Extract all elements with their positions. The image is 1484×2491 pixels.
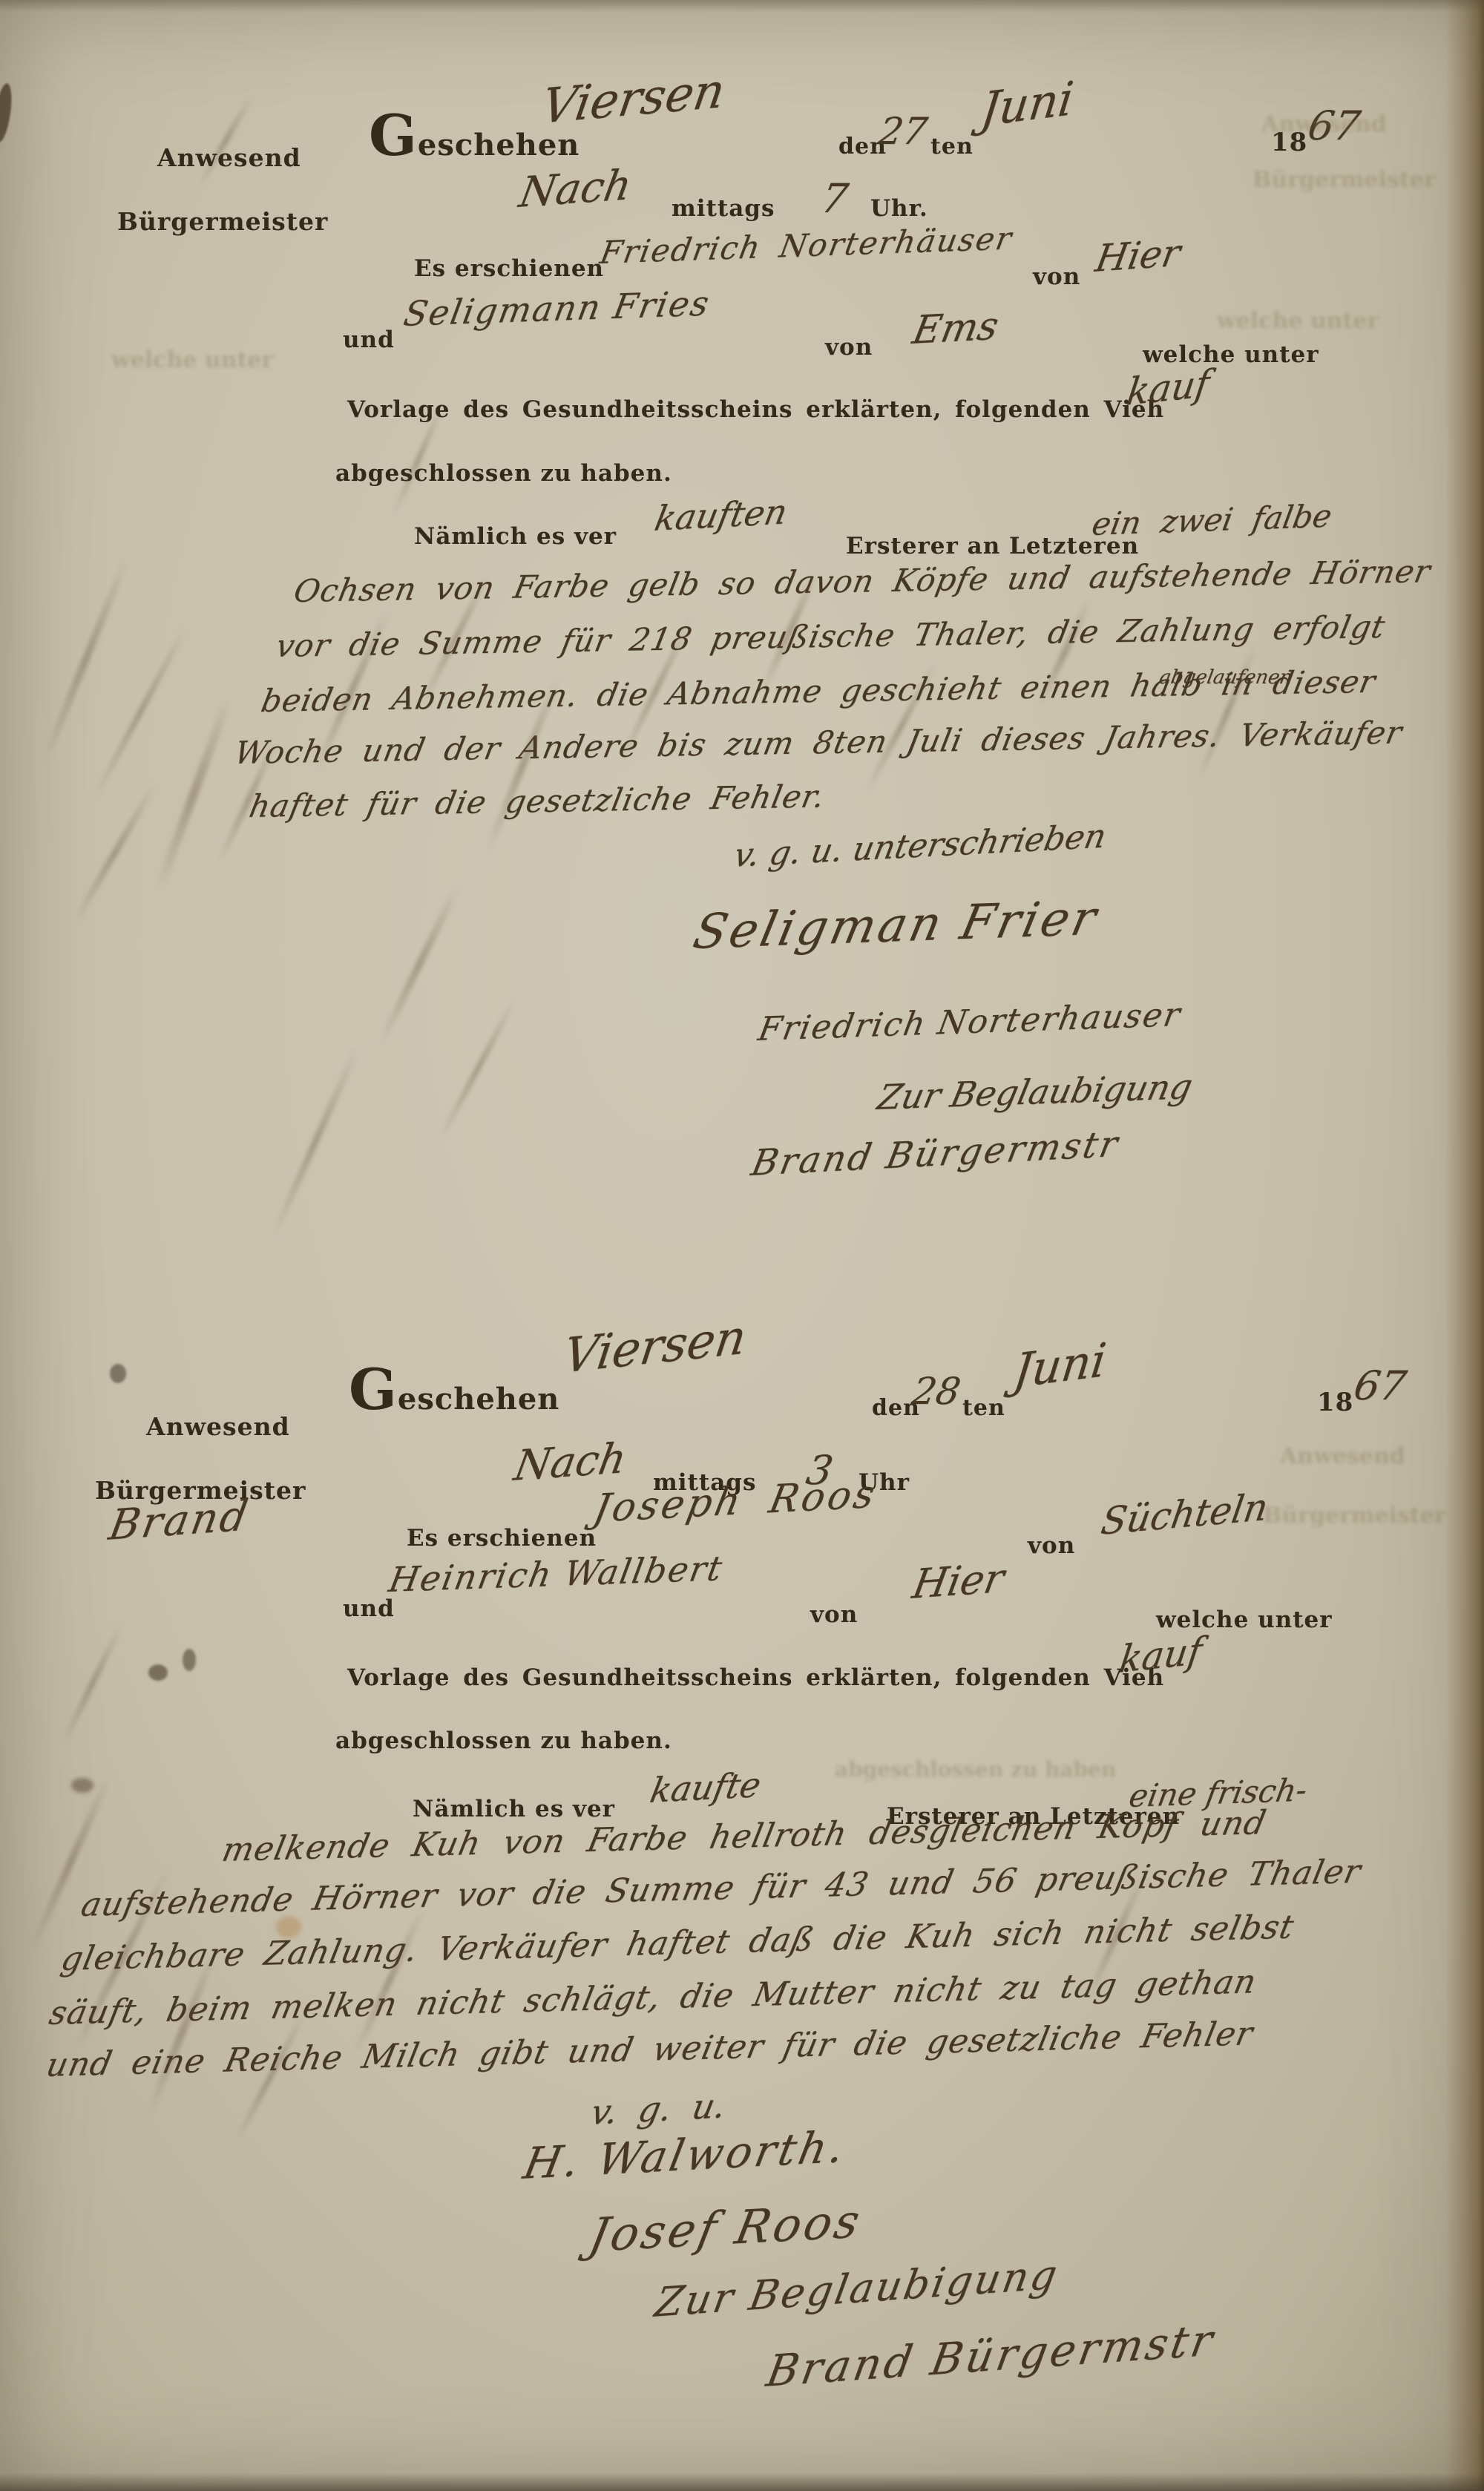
hw-party1-name-1: Friedrich Norterhäuser <box>597 220 1016 271</box>
ink-smudge <box>352 1906 427 2056</box>
hw-month-2: Juni <box>1011 1332 1109 1399</box>
ink-blot <box>110 1364 126 1383</box>
ink-blot <box>148 1664 168 1681</box>
hw-kauf-2: kauf <box>1117 1629 1205 1681</box>
bleed-through-text: welche unter <box>111 347 273 373</box>
printed-ten-2: ten <box>962 1395 1005 1421</box>
bleed-through-text: abgeschlossen zu haben <box>835 1757 1116 1782</box>
printed-abgeschlossen-1: abgeschlossen zu haben. <box>335 460 672 487</box>
hw-signature-buyer-2: H. Walworth. <box>519 2121 851 2189</box>
hw-party1-place-2: Süchteln <box>1098 1485 1271 1543</box>
ink-smudge <box>197 94 255 187</box>
printed-welche-unter-2: welche unter <box>1156 1606 1333 1633</box>
hw-mayor-signature-1: Brand Bürgermstr <box>748 1123 1123 1184</box>
hw-beglaubigung-1: Zur Beglaubigung <box>874 1066 1196 1117</box>
ink-smudge <box>28 1773 114 1952</box>
printed-es-erschienen-2: Es erschienen <box>407 1525 597 1552</box>
hw-verb-2: kaufte <box>647 1765 764 1811</box>
bleed-through-text: Bürgermeister <box>1252 167 1436 193</box>
hw-body-line: Ochsen von Farbe gelb so davon Köpfe und… <box>291 553 1434 609</box>
printed-naemlich-2: Nämlich es ver <box>413 1796 615 1822</box>
printed-mittags-1: mittags <box>672 195 775 222</box>
hw-nach-1: Nach <box>516 161 635 217</box>
printed-anwesend-1: Anwesend <box>157 143 301 172</box>
ink-smudge <box>71 781 159 925</box>
page-edge-bottom <box>0 2473 1484 2491</box>
bleed-through-text: welche unter <box>1217 308 1379 334</box>
hw-nach-2: Nach <box>510 1434 630 1491</box>
printed-und-1: und <box>343 326 395 353</box>
printed-welche-unter-1: welche unter <box>1143 341 1319 368</box>
printed-geschehen-2: Geschehen <box>349 1356 559 1422</box>
printed-von1-1: von <box>1033 263 1080 290</box>
printed-ten-1: ten <box>930 134 974 160</box>
ink-smudge <box>92 626 188 798</box>
hw-party2-place-2: Hier <box>909 1555 1008 1608</box>
hw-mayor-margin-2: Brand <box>105 1491 253 1550</box>
printed-naemlich-1: Nämlich es ver <box>414 523 617 550</box>
hw-closing-1: v. g. u. unterschrieben <box>731 817 1109 875</box>
printed-year-century-1: 18 <box>1271 128 1307 157</box>
ink-blot <box>71 1778 93 1793</box>
ink-smudge <box>60 1623 124 1745</box>
hw-signature-buyer-1: Friedrich Norterhauser <box>755 996 1184 1048</box>
edge-mark <box>0 82 14 143</box>
hw-signature-seller-2: Josef Roos <box>585 2193 867 2262</box>
hw-party2-name-1: Seligmann Fries <box>401 283 713 334</box>
bleed-through-text: Anwesend <box>1280 1443 1405 1469</box>
hw-day-1: 27 <box>876 110 930 153</box>
ink-smudge <box>154 695 233 893</box>
hw-day-2: 28 <box>909 1370 964 1413</box>
printed-abgeschlossen-2: abgeschlossen zu haben. <box>335 1727 672 1754</box>
hw-beglaubigung-2: Zur Beglaubigung <box>651 2251 1063 2326</box>
hw-closing-2: v. g. u. <box>588 2085 729 2133</box>
ink-smudge <box>377 883 462 1046</box>
printed-year-century-2: 18 <box>1317 1388 1353 1417</box>
printed-vorlage-1: Vorlage des Gesundheitsscheins erklärten… <box>347 396 1164 423</box>
hw-place-1: Viersen <box>538 63 729 135</box>
ink-smudge <box>1195 643 1259 781</box>
hw-place-2: Viersen <box>560 1310 749 1385</box>
hw-party2-name-2: Heinrich Wallbert <box>386 1548 726 1600</box>
hw-party2-place-1: Ems <box>909 303 1002 353</box>
hw-kauf-1: kauf <box>1124 361 1212 414</box>
printed-vorlage-2: Vorlage des Gesundheitsscheins erklärten… <box>347 1664 1164 1691</box>
page-edge-right <box>1445 0 1484 2491</box>
hw-party1-place-1: Hier <box>1092 231 1183 280</box>
hw-year-2: 67 <box>1350 1362 1410 1409</box>
hw-body-line: vor die Summe für 218 preußische Thaler,… <box>273 608 1388 664</box>
printed-von2-1: von <box>825 334 873 361</box>
hw-year-1: 67 <box>1304 102 1364 149</box>
printed-uhr-1: Uhr. <box>870 195 928 222</box>
printed-anwesend-2: Anwesend <box>146 1412 290 1441</box>
printed-es-erschienen-1: Es erschienen <box>414 255 604 282</box>
hw-insert-above-line: abgelaufenen <box>1158 666 1294 689</box>
hw-body-line: Woche und der Andere bis zum 8ten Juli d… <box>232 714 1405 771</box>
hw-hour-1: 7 <box>818 175 851 222</box>
hw-deal-intro-1: ein zwei falbe <box>1089 497 1335 542</box>
ink-smudge <box>437 995 519 1142</box>
ink-blot <box>183 1649 196 1671</box>
hw-mayor-signature-2: Brand Bürgermstr <box>763 2314 1219 2397</box>
hw-month-1: Juni <box>978 70 1077 137</box>
scan-vignette <box>0 0 1484 2491</box>
hw-signature-seller-1: Seligman Frier <box>689 890 1103 960</box>
page-edge-top <box>0 0 1484 12</box>
ink-smudge <box>40 556 131 765</box>
printed-von2-2: von <box>810 1601 858 1628</box>
hw-body-line: haftet für die gesetzliche Fehler. <box>246 778 828 824</box>
register-page-scan: Geschehen Viersen den 27 ten Juni 18 67 … <box>0 0 1484 2491</box>
ink-smudge <box>269 1046 360 1238</box>
printed-von1-2: von <box>1028 1532 1075 1559</box>
hw-verb-1: kauften <box>651 491 791 539</box>
hw-party1-name-2: Joseph Roos <box>590 1471 881 1532</box>
bleed-through-text: Bürgermeister <box>1263 1503 1446 1529</box>
printed-buergermeister-1: Bürgermeister <box>117 207 328 236</box>
